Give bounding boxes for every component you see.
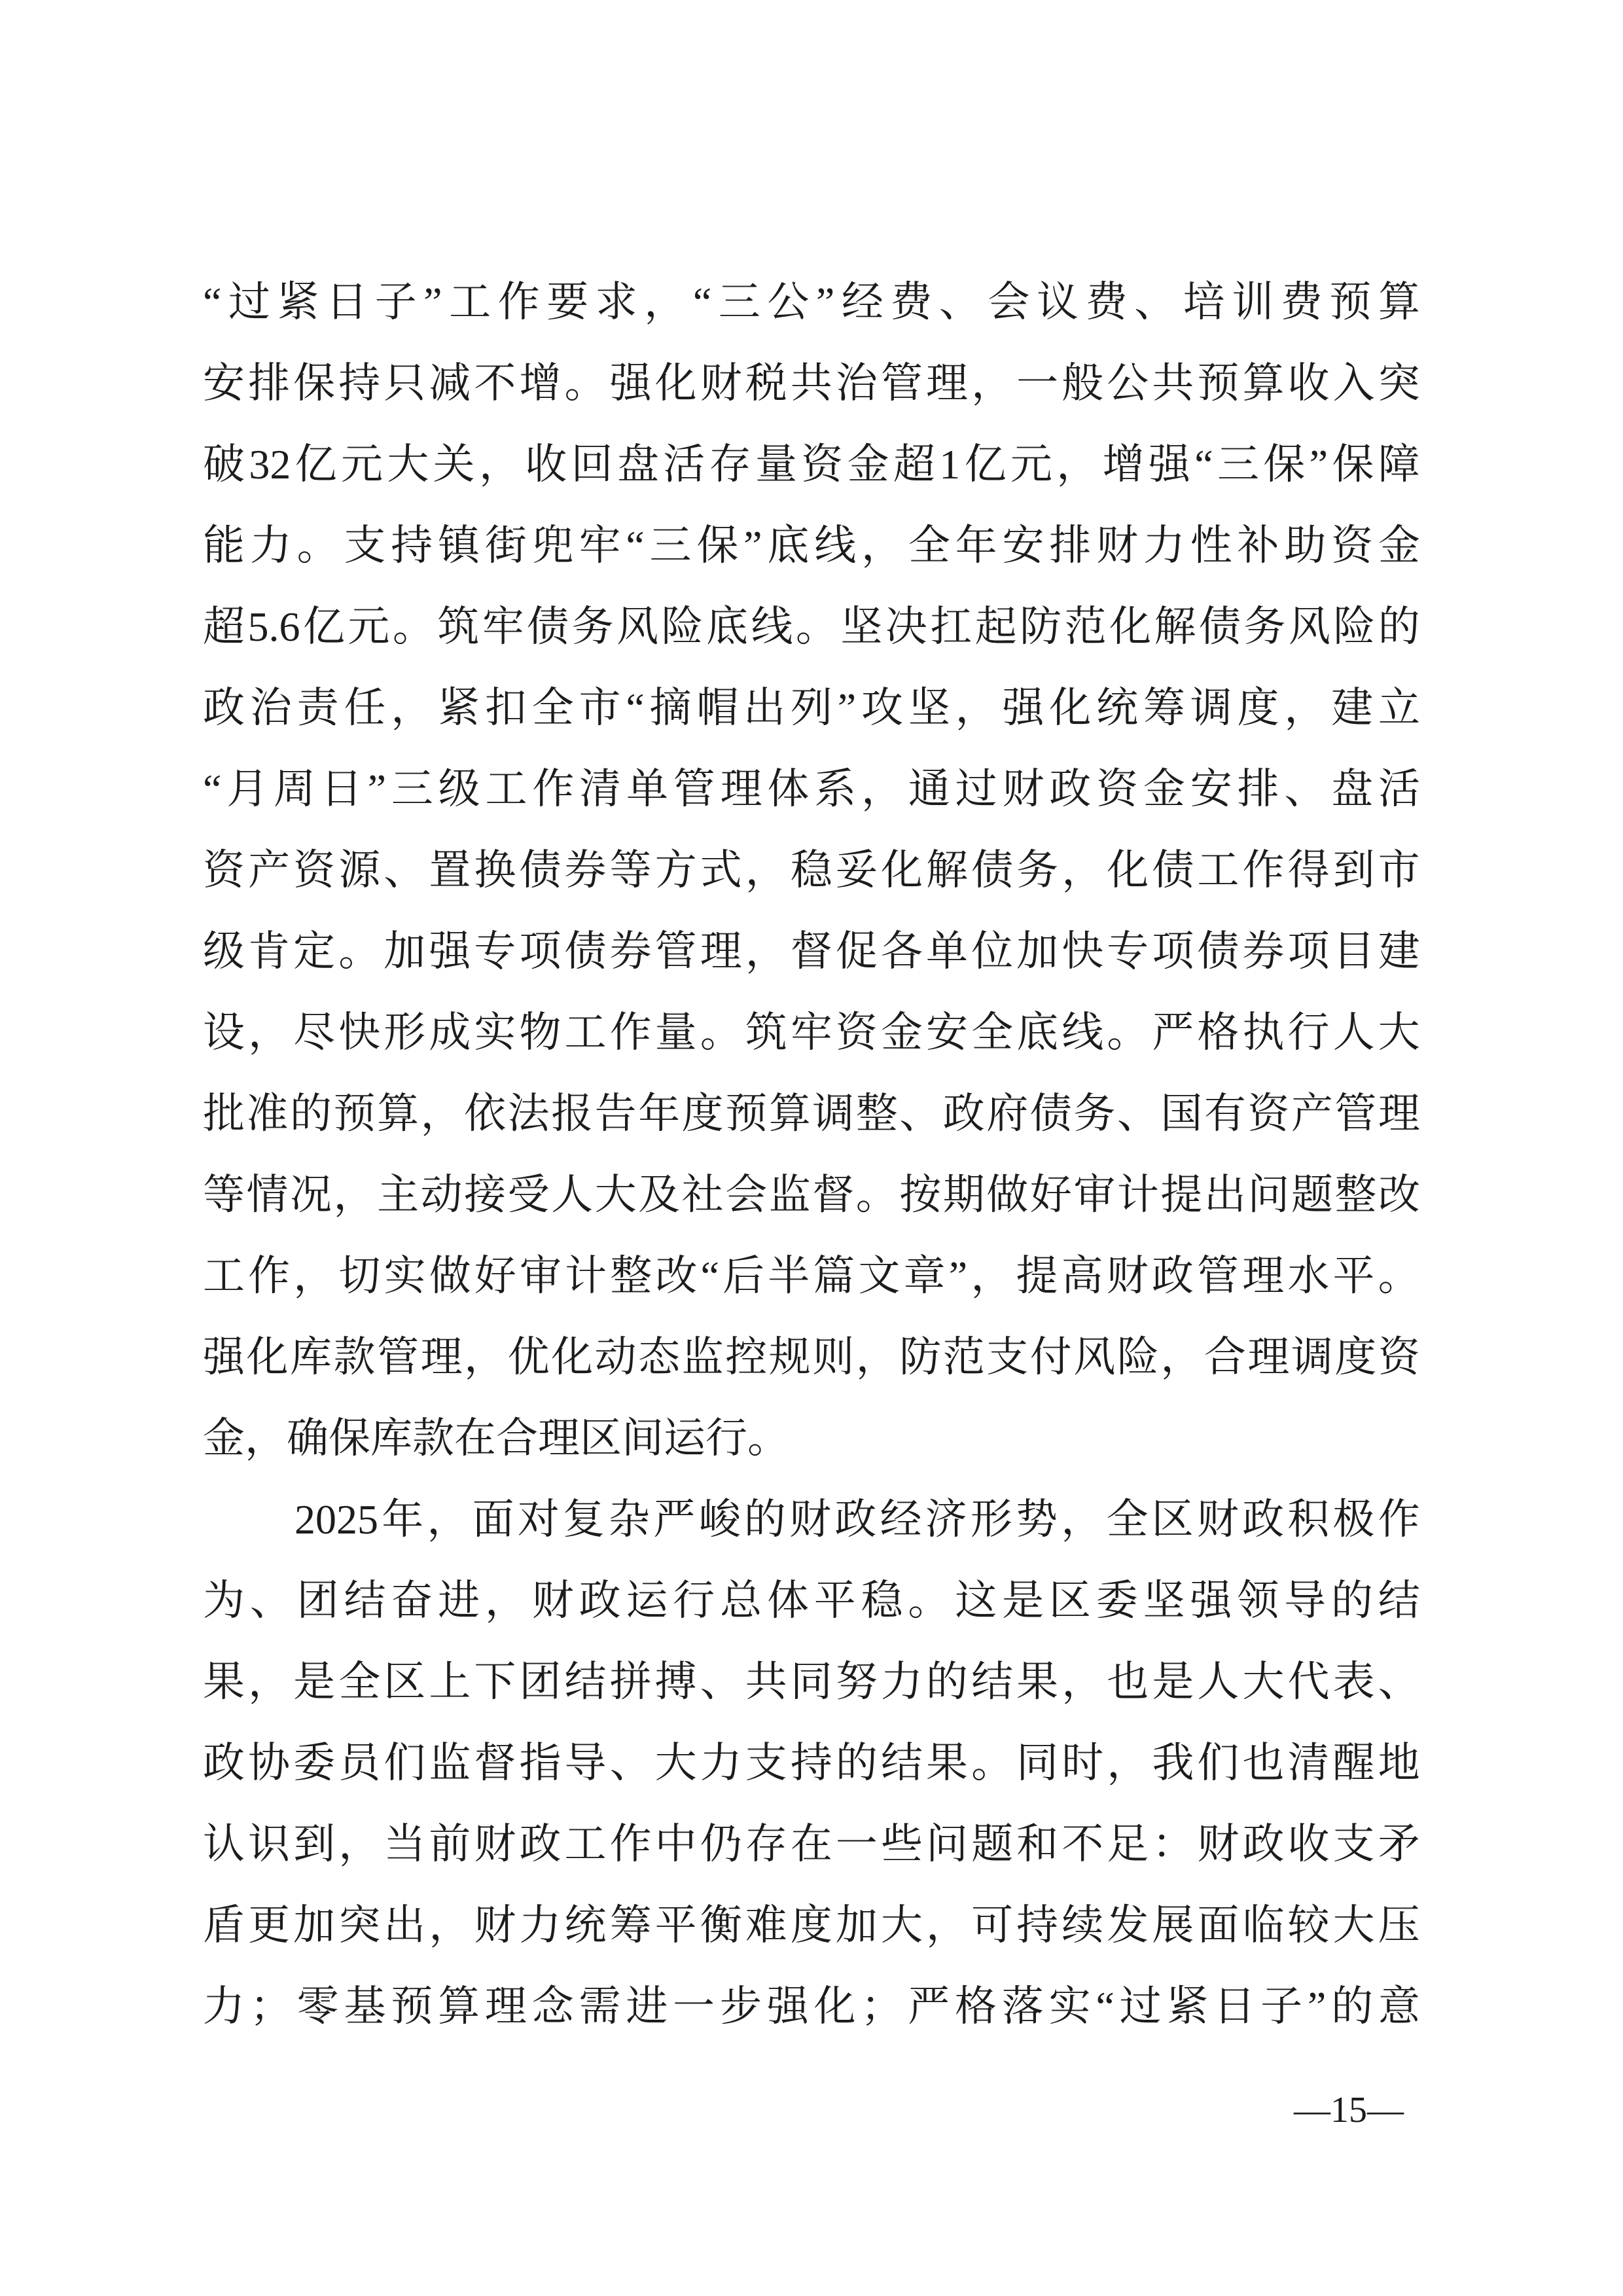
text-line: 果，是全区上下团结拼搏、共同努力的结果，也是人大代表、 — [203, 1641, 1420, 1723]
text-line: 设，尽快形成实物工作量。筑牢资金安全底线。严格执行人大 — [203, 992, 1420, 1073]
text-line: 强化库款管理，优化动态监控规则，防范支付风险，合理调度资 — [203, 1317, 1420, 1398]
document-page: “过紧日子”工作要求，“三公”经费、会议费、培训费预算安排保持只减不增。强化财税… — [0, 0, 1623, 2296]
text-line: 等情况，主动接受人大及社会监督。按期做好审计提出问题整改 — [203, 1155, 1420, 1236]
text-line: 2025年，面对复杂严峻的财政经济形势，全区财政积极作 — [203, 1479, 1420, 1560]
text-line: 政协委员们监督指导、大力支持的结果。同时，我们也清醒地 — [203, 1723, 1420, 1804]
text-line: 安排保持只减不增。强化财税共治管理，一般公共预算收入突 — [203, 343, 1420, 424]
page-number: —15— — [1294, 2092, 1404, 2128]
text-line: 盾更加突出，财力统筹平衡难度加大，可持续发展面临较大压 — [203, 1885, 1420, 1966]
text-line: 批准的预算，依法报告年度预算调整、政府债务、国有资产管理 — [203, 1073, 1420, 1155]
text-line: 工作，切实做好审计整改“后半篇文章”，提高财政管理水平。 — [203, 1236, 1420, 1317]
document-body: “过紧日子”工作要求，“三公”经费、会议费、培训费预算安排保持只减不增。强化财税… — [203, 262, 1420, 2047]
text-line: “过紧日子”工作要求，“三公”经费、会议费、培训费预算 — [203, 262, 1420, 343]
text-line: 级肯定。加强专项债券管理，督促各单位加快专项债券项目建 — [203, 911, 1420, 992]
text-line: 为、团结奋进，财政运行总体平稳。这是区委坚强领导的结 — [203, 1560, 1420, 1641]
text-line: 力；零基预算理念需进一步强化；严格落实“过紧日子”的意 — [203, 1966, 1420, 2047]
text-line: 政治责任，紧扣全市“摘帽出列”攻坚，强化统筹调度，建立 — [203, 668, 1420, 749]
text-line: 金，确保库款在合理区间运行。 — [203, 1398, 1420, 1479]
text-line: 能力。支持镇街兜牢“三保”底线，全年安排财力性补助资金 — [203, 505, 1420, 586]
text-line: 认识到，当前财政工作中仍存在一些问题和不足：财政收支矛 — [203, 1804, 1420, 1885]
text-line: 资产资源、置换债券等方式，稳妥化解债务，化债工作得到市 — [203, 830, 1420, 911]
text-line: “月周日”三级工作清单管理体系，通过财政资金安排、盘活 — [203, 749, 1420, 830]
text-line: 破32亿元大关，收回盘活存量资金超1亿元，增强“三保”保障 — [203, 424, 1420, 505]
text-line: 超5.6亿元。筑牢债务风险底线。坚决扛起防范化解债务风险的 — [203, 586, 1420, 668]
